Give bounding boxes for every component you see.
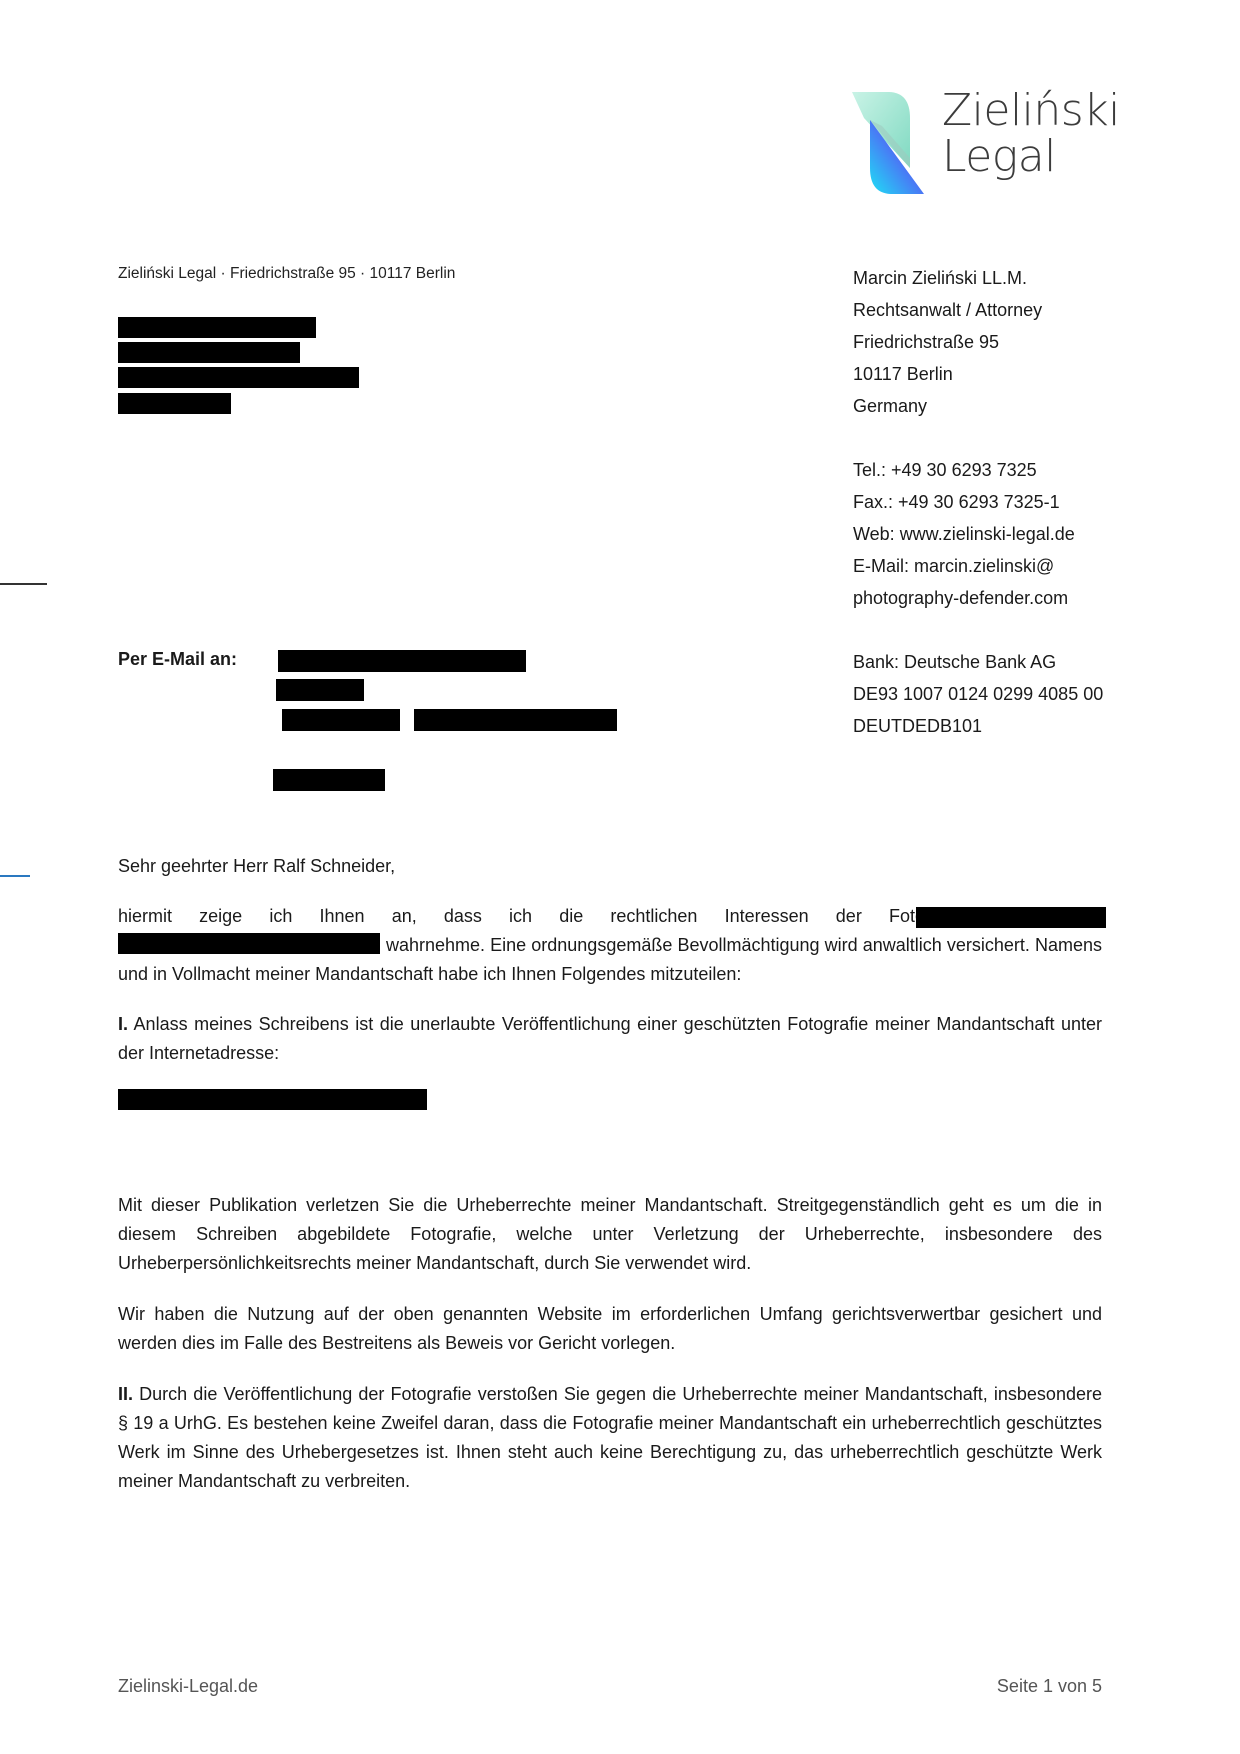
publication-text: Mit dieser Publikation verletzen Sie die… <box>118 1191 1102 1278</box>
bic: DEUTDEDB101 <box>853 710 1103 742</box>
publication-paragraph: Mit dieser Publikation verletzen Sie die… <box>118 1191 1102 1278</box>
footer-website: Zielinski-Legal.de <box>118 1676 258 1697</box>
fax: Fax.: +49 30 6293 7325-1 <box>853 486 1103 518</box>
punch-mark <box>0 875 30 877</box>
evidence-text: Wir haben die Nutzung auf der oben genan… <box>118 1300 1102 1358</box>
country: Germany <box>853 390 1103 422</box>
evidence-paragraph: Wir haben die Nutzung auf der oben genan… <box>118 1300 1102 1358</box>
section-2: II. Durch die Veröffentlichung der Fotog… <box>118 1380 1102 1496</box>
email-line1[interactable]: E-Mail: marcin.zielinski@ <box>853 550 1103 582</box>
phone: Tel.: +49 30 6293 7325 <box>853 454 1103 486</box>
redaction-bar <box>278 650 526 672</box>
sender-return-line: Zieliński Legal · Friedrichstraße 95 · 1… <box>118 265 455 283</box>
section-2-text: Durch die Veröffentlichung der Fotografi… <box>118 1384 1102 1491</box>
letterhead-contact: Marcin Zieliński LL.M. Rechtsanwalt / At… <box>853 262 1103 742</box>
redaction-bar <box>118 342 300 363</box>
iban: DE93 1007 0124 0299 4085 00 <box>853 678 1103 710</box>
company-logo: Zieliński Legal <box>848 88 1118 200</box>
redaction-bar <box>118 317 316 338</box>
section-1-text: Anlass meines Schreibens ist die unerlau… <box>118 1014 1102 1063</box>
logo-line1: Zieliński <box>942 88 1120 134</box>
logo-wordmark: Zieliński Legal <box>942 88 1120 180</box>
redaction-bar <box>118 933 380 954</box>
attorney-name: Marcin Zieliński LL.M. <box>853 262 1103 294</box>
redaction-bar <box>414 709 617 731</box>
section-2-label: II. <box>118 1384 133 1404</box>
redaction-bar <box>282 709 400 731</box>
logo-mark-icon <box>848 88 934 200</box>
redaction-bar <box>276 679 364 701</box>
logo-line2: Legal <box>942 134 1120 180</box>
fold-mark <box>0 583 47 585</box>
section-1: I. Anlass meines Schreibens ist die uner… <box>118 1010 1102 1068</box>
footer-page-number: Seite 1 von 5 <box>997 1676 1102 1697</box>
redaction-bar <box>118 393 231 414</box>
street: Friedrichstraße 95 <box>853 326 1103 358</box>
redaction-bar <box>273 769 385 791</box>
per-email-label: Per E-Mail an: <box>118 649 237 670</box>
redacted-url <box>118 1089 427 1110</box>
city: 10117 Berlin <box>853 358 1103 390</box>
email-line2[interactable]: photography-defender.com <box>853 582 1103 614</box>
redaction-bar <box>118 367 359 388</box>
attorney-title: Rechtsanwalt / Attorney <box>853 294 1103 326</box>
redaction-bar <box>916 907 1106 928</box>
salutation: Sehr geehrter Herr Ralf Schneider, <box>118 852 1102 881</box>
intro-text-part1: hiermit zeige ich Ihnen an, dass ich die… <box>118 906 956 926</box>
bank-name: Bank: Deutsche Bank AG <box>853 646 1103 678</box>
website-link[interactable]: Web: www.zielinski-legal.de <box>853 518 1103 550</box>
section-1-label: I. <box>118 1014 128 1034</box>
